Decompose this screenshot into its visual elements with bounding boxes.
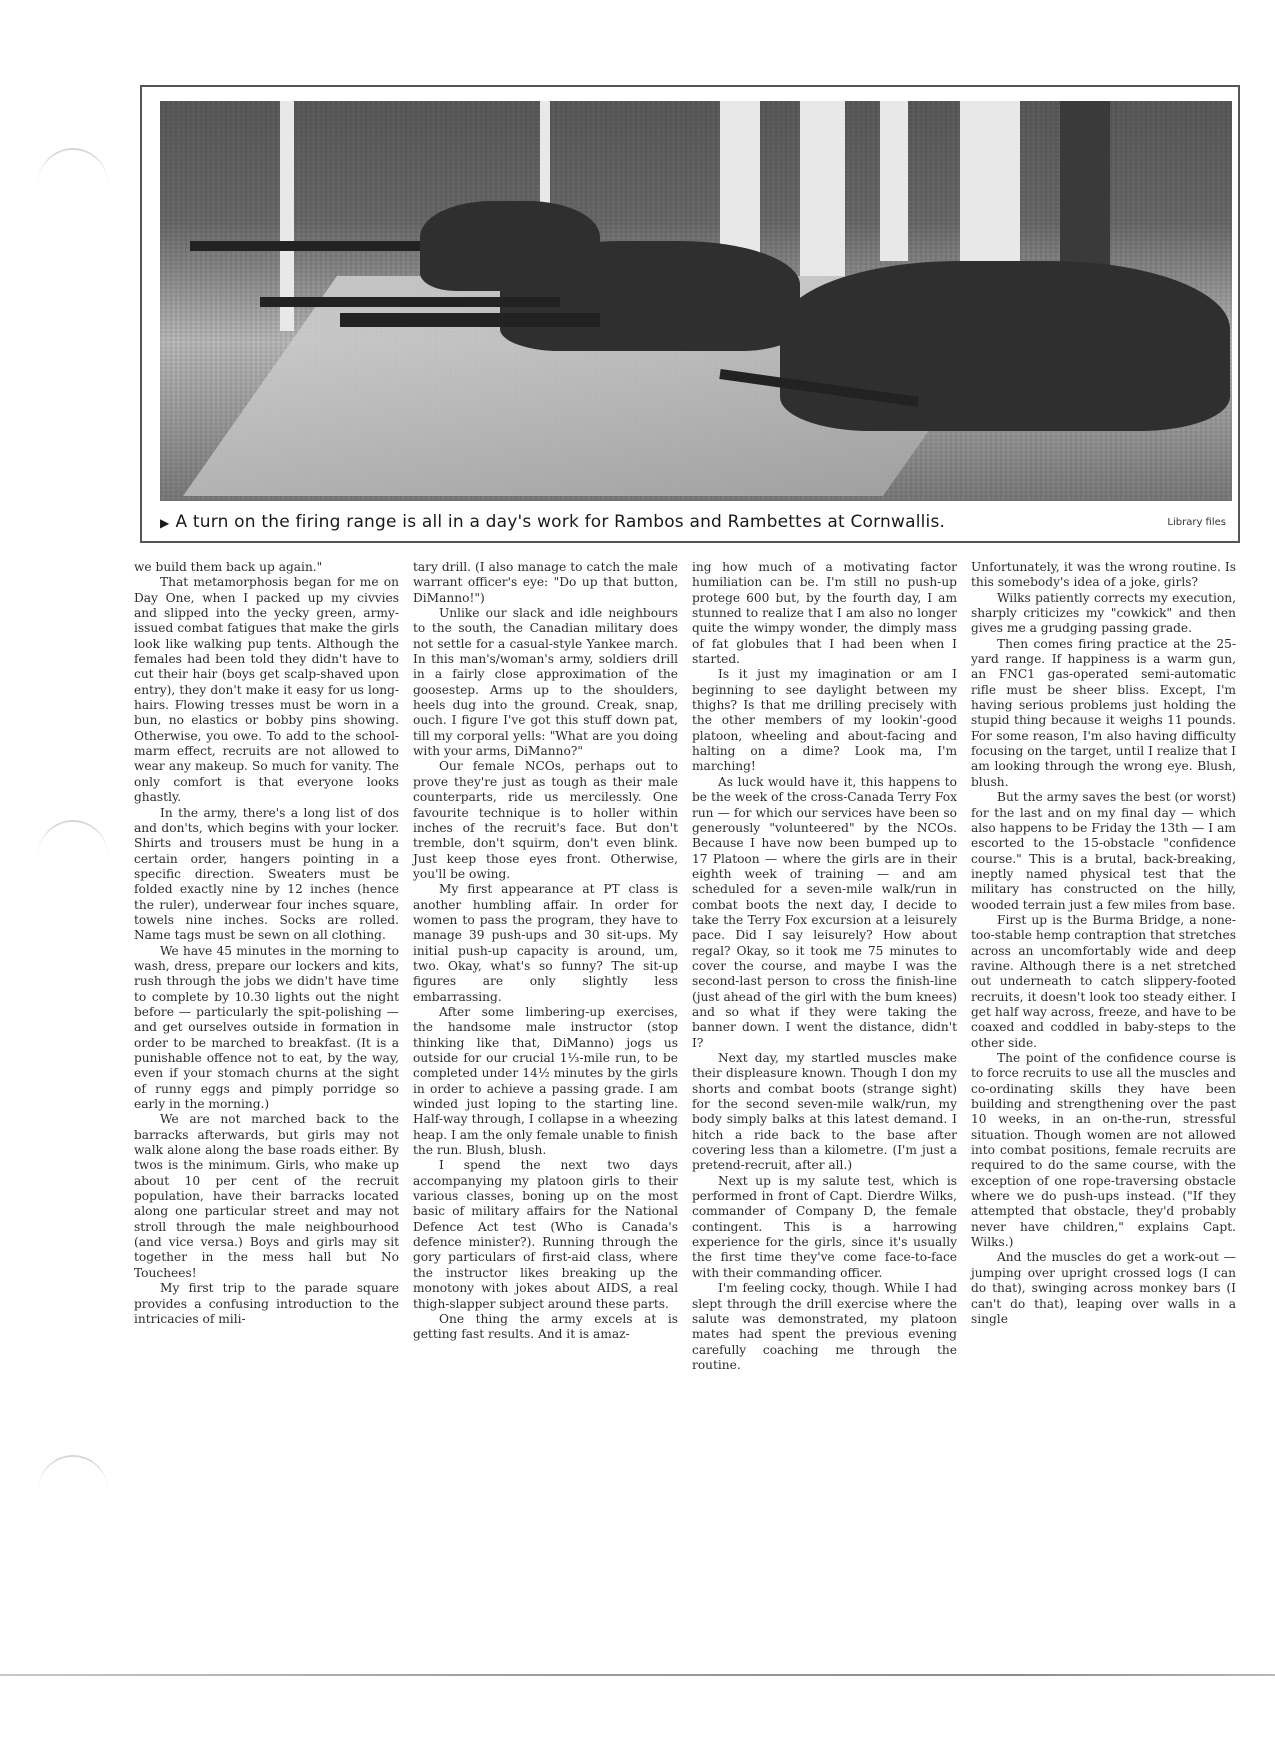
article-column-3: ing how much of a motivating factor humi… xyxy=(692,560,957,1373)
paragraph: But the army saves the best (or worst) f… xyxy=(971,790,1236,913)
tree-trunk xyxy=(880,101,908,261)
paragraph: First up is the Burma Bridge, a none-too… xyxy=(971,913,1236,1051)
paragraph: I spend the next two days accompanying m… xyxy=(413,1158,678,1311)
paragraph: That metamorphosis began for me on Day O… xyxy=(134,575,399,805)
recruit-figure xyxy=(500,241,800,351)
firing-range-photo xyxy=(160,101,1232,501)
article-column-2: tary drill. (I also manage to catch the … xyxy=(413,560,678,1373)
caption-text: A turn on the firing range is all in a d… xyxy=(175,512,945,532)
photo-caption: ▶A turn on the firing range is all in a … xyxy=(160,512,945,532)
paragraph: I'm feeling cocky, though. While I had s… xyxy=(692,1281,957,1373)
article-column-4: Unfortunately, it was the wrong routine.… xyxy=(971,560,1236,1373)
paragraph: We have 45 minutes in the morning to was… xyxy=(134,944,399,1113)
scan-edge-line xyxy=(0,1674,1275,1676)
paragraph: Next up is my salute test, which is perf… xyxy=(692,1174,957,1281)
hole-punch-mark xyxy=(38,1455,108,1527)
photo-figure: ▶A turn on the firing range is all in a … xyxy=(140,85,1240,543)
paragraph: After some limbering-up exercises, the h… xyxy=(413,1005,678,1158)
paragraph: ing how much of a motivating factor humi… xyxy=(692,560,957,667)
paragraph: My first trip to the parade square provi… xyxy=(134,1281,399,1327)
paragraph: Unlike our slack and idle neighbours to … xyxy=(413,606,678,759)
paragraph: Our female NCOs, perhaps out to prove th… xyxy=(413,759,678,882)
paragraph: Is it just my imagination or am I beginn… xyxy=(692,667,957,774)
paragraph: My first appearance at PT class is anoth… xyxy=(413,882,678,1005)
paragraph: The point of the confidence course is to… xyxy=(971,1051,1236,1250)
paragraph: Wilks patiently corrects my execution, s… xyxy=(971,591,1236,637)
photo-caption-bar: ▶A turn on the firing range is all in a … xyxy=(160,507,1232,537)
rifle xyxy=(340,313,600,327)
paragraph: In the army, there's a long list of dos … xyxy=(134,806,399,944)
paragraph: And the muscles do get a work-out — jump… xyxy=(971,1250,1236,1327)
recruit-figure xyxy=(780,261,1230,431)
caption-arrow-icon: ▶ xyxy=(160,516,169,530)
rifle xyxy=(260,297,560,307)
tree-trunk xyxy=(800,101,845,301)
paragraph: we build them back up again." xyxy=(134,560,399,575)
hole-punch-mark xyxy=(38,148,108,220)
paragraph: tary drill. (I also manage to catch the … xyxy=(413,560,678,606)
paragraph: As luck would have it, this happens to b… xyxy=(692,775,957,1051)
paragraph: Next day, my startled muscles make their… xyxy=(692,1051,957,1174)
paragraph: Then comes firing practice at the 25-yar… xyxy=(971,637,1236,790)
article-body: we build them back up again." That metam… xyxy=(134,560,1238,1373)
hole-punch-mark xyxy=(38,820,108,892)
article-column-1: we build them back up again." That metam… xyxy=(134,560,399,1373)
paragraph: Unfortunately, it was the wrong routine.… xyxy=(971,560,1236,591)
rifle xyxy=(190,241,420,251)
paragraph: We are not marched back to the barracks … xyxy=(134,1112,399,1281)
paragraph: One thing the army excels at is getting … xyxy=(413,1312,678,1343)
photo-credit: Library files xyxy=(1167,517,1226,528)
